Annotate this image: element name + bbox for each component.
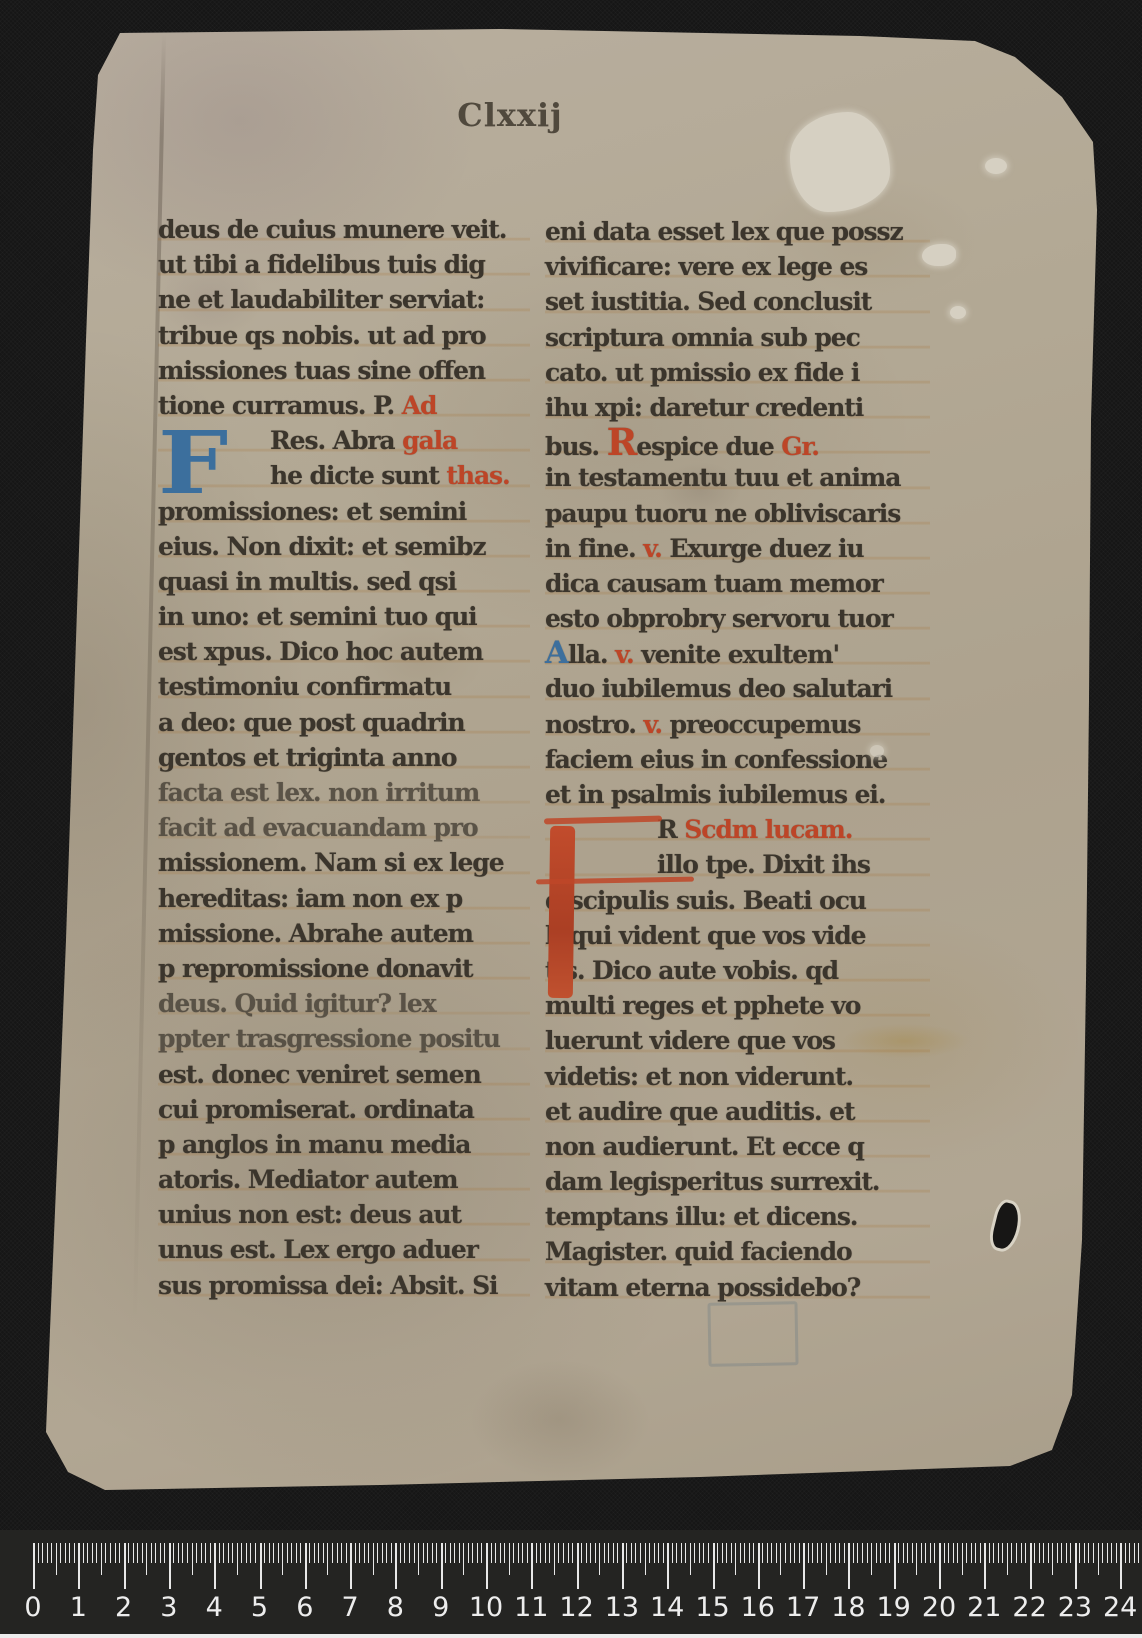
ruler-tick bbox=[78, 1543, 80, 1589]
ruler-tick bbox=[1102, 1543, 1103, 1563]
illuminated-initial-f: F bbox=[158, 424, 228, 504]
ruler-number: 22 bbox=[1012, 1592, 1046, 1623]
text-segment: venite exultem' bbox=[641, 640, 839, 669]
ruler-tick bbox=[898, 1543, 899, 1563]
ruler-tick bbox=[74, 1543, 75, 1563]
ruler-tick bbox=[953, 1543, 954, 1563]
manuscript-line: vivificare: vere ex lege es bbox=[545, 249, 930, 284]
ruler-tick bbox=[337, 1543, 338, 1563]
ruler-tick bbox=[173, 1543, 174, 1563]
ruler-tick bbox=[830, 1543, 831, 1563]
text-segment: unius non est: deus aut bbox=[158, 1200, 461, 1229]
ruler-tick bbox=[264, 1543, 265, 1563]
manuscript-line: videtis: et non viderunt. bbox=[545, 1059, 930, 1094]
ruler-tick bbox=[178, 1543, 179, 1563]
ruler-tick bbox=[703, 1543, 704, 1563]
text-segment: ihu xpi: daretur credenti bbox=[545, 393, 863, 422]
ruler-tick bbox=[119, 1543, 120, 1563]
text-segment: set iustitia. Sed conclusit bbox=[545, 287, 871, 316]
ruler-tick bbox=[808, 1543, 809, 1563]
ruler-tick bbox=[518, 1543, 519, 1563]
ruler-tick bbox=[450, 1543, 451, 1563]
ruler-tick bbox=[608, 1543, 609, 1563]
ruler-tick bbox=[617, 1543, 618, 1563]
manuscript-line: esto obprobry servoru tuor bbox=[545, 601, 930, 636]
text-segment: gentos et triginta anno bbox=[158, 743, 456, 772]
manuscript-line: est xpus. Dico hoc autem bbox=[158, 634, 530, 669]
ruler-number: 23 bbox=[1058, 1592, 1092, 1623]
ruler-tick bbox=[694, 1543, 695, 1563]
ruler-tick bbox=[124, 1543, 126, 1589]
ruler-number: 24 bbox=[1103, 1592, 1137, 1623]
ruler-tick bbox=[540, 1543, 541, 1563]
ruler-tick bbox=[876, 1543, 877, 1563]
ruler-tick bbox=[60, 1543, 61, 1563]
ruler-tick bbox=[83, 1543, 84, 1563]
ruler-tick bbox=[169, 1543, 171, 1589]
ruler-tick bbox=[758, 1543, 760, 1589]
ruler-tick bbox=[962, 1543, 963, 1575]
ruler-tick bbox=[309, 1543, 310, 1563]
ruler-tick bbox=[930, 1543, 931, 1563]
ruler-tick bbox=[658, 1543, 659, 1563]
manuscript-line: testimoniu confirmatu bbox=[158, 669, 530, 704]
ruler-tick bbox=[1120, 1543, 1122, 1589]
ruler-tick bbox=[894, 1543, 896, 1589]
ruler-tick bbox=[980, 1543, 981, 1563]
text-segment: discipulis suis. Beati ocu bbox=[545, 886, 866, 915]
ruler-tick bbox=[545, 1543, 546, 1563]
ruler-tick bbox=[318, 1543, 319, 1563]
ruler-tick bbox=[386, 1543, 387, 1563]
text-segment: quasi in multis. sed qsi bbox=[158, 567, 456, 596]
ruler-tick bbox=[201, 1543, 202, 1563]
ruler-tick bbox=[1084, 1543, 1085, 1563]
text-segment: duo iubilemus deo salutari bbox=[545, 674, 892, 703]
text-segment: missione. Abrahe autem bbox=[158, 919, 473, 948]
ruler-tick bbox=[373, 1543, 374, 1575]
ruler-tick bbox=[595, 1543, 596, 1563]
manuscript-line: gentos et triginta anno bbox=[158, 740, 530, 775]
ruler-tick bbox=[1048, 1543, 1049, 1563]
ruler-tick bbox=[445, 1543, 446, 1563]
text-segment: nostro. bbox=[545, 710, 644, 739]
ruler-tick bbox=[42, 1543, 43, 1563]
ruler-tick bbox=[794, 1543, 795, 1563]
text-segment: in fine. bbox=[545, 534, 643, 563]
text-segment: Magister. quid faciendo bbox=[545, 1237, 852, 1266]
ruler-tick bbox=[364, 1543, 365, 1563]
ruler-tick bbox=[549, 1543, 550, 1563]
text-segment: dica causam tuam memor bbox=[545, 569, 883, 598]
manuscript-line: in uno: et semini tuo qui bbox=[158, 599, 530, 634]
text-segment: scriptura omnia sub pec bbox=[545, 323, 860, 352]
ruler-tick bbox=[151, 1543, 152, 1563]
ruler-tick bbox=[355, 1543, 356, 1563]
ruler-number: 13 bbox=[605, 1592, 639, 1623]
left-text-column: deus de cuius munere veit.ut tibi a fide… bbox=[158, 212, 530, 1303]
ruler-number: 11 bbox=[514, 1592, 548, 1623]
ruler-tick bbox=[187, 1543, 188, 1563]
manuscript-line: nostro. v. preoccupemus bbox=[545, 707, 930, 742]
ruler-tick bbox=[314, 1543, 315, 1563]
ruler-tick bbox=[948, 1543, 949, 1563]
ruler-tick bbox=[323, 1543, 324, 1563]
ruler-tick bbox=[622, 1543, 624, 1589]
ruler-tick bbox=[753, 1543, 754, 1563]
ruler-tick bbox=[160, 1543, 161, 1563]
ruler-tick bbox=[115, 1543, 116, 1563]
ruler-tick bbox=[1052, 1543, 1053, 1575]
ruler-number: 8 bbox=[387, 1592, 404, 1623]
manuscript-line: a deo: que post quadrin bbox=[158, 705, 530, 740]
text-segment: videtis: et non viderunt. bbox=[545, 1062, 853, 1091]
ruler-tick bbox=[436, 1543, 437, 1563]
ruler-tick bbox=[432, 1543, 433, 1563]
ruler-tick bbox=[346, 1543, 347, 1563]
manuscript-line: tribue qs nobis. ut ad pro bbox=[158, 318, 530, 353]
ruler-tick bbox=[359, 1543, 360, 1563]
ruler-tick bbox=[663, 1543, 664, 1563]
manuscript-line: missionem. Nam si ex lege bbox=[158, 845, 530, 880]
text-segment: in testamentu tuu et anima bbox=[545, 463, 900, 492]
manuscript-line: eni data esset lex que possz bbox=[545, 214, 930, 249]
manuscript-line: Magister. quid faciendo bbox=[545, 1234, 930, 1269]
ruler-tick bbox=[468, 1543, 469, 1563]
ruler-tick bbox=[237, 1543, 238, 1575]
ruler-tick bbox=[47, 1543, 48, 1563]
ruler-number: 14 bbox=[650, 1592, 684, 1623]
ruler-tick bbox=[513, 1543, 514, 1563]
ruler-tick bbox=[241, 1543, 242, 1563]
ruler-tick bbox=[713, 1543, 715, 1589]
ruler-number: 1 bbox=[70, 1592, 87, 1623]
ruler-tick bbox=[1061, 1543, 1062, 1563]
ruler-tick bbox=[939, 1543, 941, 1589]
manuscript-line: et in psalmis iubilemus ei. bbox=[545, 777, 930, 812]
text-segment: Exurge duez iu bbox=[669, 534, 863, 563]
ruler-number: 3 bbox=[160, 1592, 177, 1623]
ruler-tick bbox=[291, 1543, 292, 1563]
ruler-tick bbox=[232, 1543, 233, 1563]
ruler-tick bbox=[912, 1543, 913, 1563]
ruler-tick bbox=[1021, 1543, 1022, 1563]
ruler-number: 12 bbox=[559, 1592, 593, 1623]
ruler-tick bbox=[427, 1543, 428, 1563]
ruler-tick bbox=[395, 1543, 397, 1589]
ruler-tick bbox=[957, 1543, 958, 1563]
ruler-tick bbox=[645, 1543, 646, 1575]
manuscript-line: ne et laudabiliter serviat: bbox=[158, 282, 530, 317]
ruler-tick bbox=[509, 1543, 510, 1575]
manuscript-line: tis. Dico aute vobis. qd bbox=[545, 953, 930, 988]
ruler-tick bbox=[586, 1543, 587, 1563]
ruler-tick bbox=[771, 1543, 772, 1563]
text-segment: in uno: et semini tuo qui bbox=[158, 602, 477, 631]
ruler-tick bbox=[871, 1543, 872, 1575]
parchment-hole bbox=[986, 1197, 1026, 1254]
ruler-tick bbox=[844, 1543, 845, 1563]
ruler-tick bbox=[228, 1543, 229, 1563]
ruler-tick bbox=[51, 1543, 52, 1563]
text-segment: non audierunt. Et ecce q bbox=[545, 1132, 864, 1161]
ruler-tick bbox=[776, 1543, 777, 1563]
ruler-tick bbox=[1134, 1543, 1135, 1563]
ruler-tick bbox=[300, 1543, 301, 1563]
ruler-tick bbox=[101, 1543, 102, 1575]
manuscript-line: ut tibi a fidelibus tuis dig bbox=[158, 247, 530, 282]
ruler-tick bbox=[835, 1543, 836, 1563]
manuscript-line: scriptura omnia sub pec bbox=[545, 320, 930, 355]
illuminated-initial-i bbox=[548, 826, 575, 998]
ruler-tick bbox=[273, 1543, 274, 1563]
ruler-tick bbox=[599, 1543, 600, 1575]
ruler-tick bbox=[681, 1543, 682, 1563]
text-segment: multi reges et pphete vo bbox=[545, 991, 860, 1020]
text-segment: R bbox=[607, 420, 637, 464]
ruler-tick bbox=[1138, 1543, 1139, 1563]
text-segment: et in psalmis iubilemus ei. bbox=[545, 780, 885, 809]
ruler-tick bbox=[282, 1543, 283, 1575]
ruler-tick bbox=[400, 1543, 401, 1563]
ruler-tick bbox=[1043, 1543, 1044, 1563]
ruler-tick bbox=[1111, 1543, 1112, 1563]
ruler-tick bbox=[984, 1543, 986, 1589]
manuscript-line: ppter trasgressione positu bbox=[158, 1021, 530, 1056]
ruler-number: 6 bbox=[296, 1592, 313, 1623]
text-segment: Gr. bbox=[781, 432, 819, 461]
ruler-tick bbox=[250, 1543, 251, 1563]
ruler-tick bbox=[631, 1543, 632, 1563]
ruler-tick bbox=[146, 1543, 147, 1575]
ruler-tick bbox=[635, 1543, 636, 1563]
ruler-tick bbox=[287, 1543, 288, 1563]
ruler-tick bbox=[196, 1543, 197, 1563]
text-segment: thas. bbox=[446, 461, 509, 490]
ruler-tick bbox=[966, 1543, 967, 1563]
ruler-tick bbox=[903, 1543, 904, 1563]
ruler-tick bbox=[142, 1543, 143, 1563]
manuscript-line: atoris. Mediator autem bbox=[158, 1162, 530, 1197]
ruler-tick bbox=[749, 1543, 750, 1563]
ruler-tick bbox=[568, 1543, 569, 1563]
manuscript-line: facta est lex. non irritum bbox=[158, 775, 530, 810]
ruler-tick bbox=[799, 1543, 800, 1563]
measurement-ruler: 0123456789101112131415161718192021222324 bbox=[0, 1530, 1142, 1638]
ruler-tick bbox=[481, 1543, 482, 1563]
ruler-tick bbox=[975, 1543, 976, 1563]
ruler-tick bbox=[223, 1543, 224, 1563]
manuscript-line: discipulis suis. Beati ocu bbox=[545, 883, 930, 918]
ruler-tick bbox=[857, 1543, 858, 1563]
ruler-tick bbox=[907, 1543, 908, 1563]
ruler-tick bbox=[1129, 1543, 1130, 1563]
manuscript-line: p anglos in manu media bbox=[158, 1127, 530, 1162]
ruler-tick bbox=[255, 1543, 256, 1563]
ruler-tick bbox=[817, 1543, 818, 1563]
manuscript-line: p repromissione donavit bbox=[158, 951, 530, 986]
ruler-tick bbox=[1039, 1543, 1040, 1563]
text-segment: esto obprobry servoru tuor bbox=[545, 604, 893, 633]
ruler-tick bbox=[377, 1543, 378, 1563]
ruler-tick bbox=[998, 1543, 999, 1563]
ruler-tick bbox=[1066, 1543, 1067, 1563]
text-segment: deus de cuius munere veit. bbox=[158, 215, 506, 244]
ruler-tick bbox=[626, 1543, 627, 1563]
ruler-tick bbox=[1070, 1543, 1071, 1563]
ruler-tick bbox=[726, 1543, 727, 1563]
text-segment: sus promissa dei: Absit. Si bbox=[158, 1271, 497, 1300]
ruler-tick bbox=[590, 1543, 591, 1563]
text-segment: tribue qs nobis. ut ad pro bbox=[158, 321, 486, 350]
manuscript-line: facit ad evacuandam pro bbox=[158, 810, 530, 845]
ruler-tick bbox=[382, 1543, 383, 1563]
manuscript-line: deus de cuius munere veit. bbox=[158, 212, 530, 247]
ruler-tick bbox=[1075, 1543, 1077, 1589]
ruler-tick bbox=[33, 1543, 35, 1589]
manuscript-line: in testamentu tuu et anima bbox=[545, 460, 930, 495]
text-segment: luerunt videre que vos bbox=[545, 1026, 835, 1055]
manuscript-line: est. donec veniret semen bbox=[158, 1057, 530, 1092]
ruler-tick bbox=[1016, 1543, 1017, 1563]
ruler-tick bbox=[278, 1543, 279, 1563]
manuscript-line: quasi in multis. sed qsi bbox=[158, 564, 530, 599]
ruler-tick bbox=[404, 1543, 405, 1563]
ruler-tick bbox=[38, 1543, 39, 1563]
ruler-tick bbox=[685, 1543, 686, 1563]
ruler-tick bbox=[722, 1543, 723, 1563]
manuscript-line: paupu tuoru ne obliviscaris bbox=[545, 496, 930, 531]
ruler-tick bbox=[210, 1543, 211, 1563]
ruler-tick bbox=[785, 1543, 786, 1563]
text-segment: testimoniu confirmatu bbox=[158, 672, 451, 701]
manuscript-line: unus est. Lex ergo aduer bbox=[158, 1232, 530, 1267]
text-segment: faciem eius in confessione bbox=[545, 745, 887, 774]
ruler-tick bbox=[1116, 1543, 1117, 1563]
ruler-tick bbox=[1088, 1543, 1089, 1563]
ruler-tick bbox=[368, 1543, 369, 1563]
manuscript-line: multi reges et pphete vo bbox=[545, 988, 930, 1023]
ruler-tick bbox=[418, 1543, 419, 1575]
ruler-tick bbox=[880, 1543, 881, 1563]
ruler-tick bbox=[853, 1543, 854, 1563]
paint-loss-patch bbox=[790, 112, 890, 212]
ruler-tick bbox=[459, 1543, 460, 1563]
ruler-tick bbox=[1025, 1543, 1026, 1563]
ruler-tick bbox=[495, 1543, 496, 1563]
ruler-tick bbox=[133, 1543, 134, 1563]
text-segment: vitam eterna possidebo? bbox=[545, 1273, 860, 1302]
ruler-tick bbox=[536, 1543, 537, 1563]
ruler-tick bbox=[667, 1543, 669, 1589]
ruler-number: 7 bbox=[342, 1592, 359, 1623]
manuscript-line: li qui vident que vos vide bbox=[545, 918, 930, 953]
ruler-tick bbox=[944, 1543, 945, 1563]
ruler-tick bbox=[69, 1543, 70, 1563]
text-segment: illo tpe. Dixit ihs bbox=[657, 850, 870, 879]
ruler-tick bbox=[699, 1543, 700, 1563]
manuscript-line: Alla. v. venite exultem' bbox=[545, 636, 930, 671]
text-segment: dam legisperitus surrexit. bbox=[545, 1167, 879, 1196]
ruler-number: 0 bbox=[24, 1592, 41, 1623]
ruler-tick bbox=[790, 1543, 791, 1563]
ruler-tick bbox=[500, 1543, 501, 1563]
ruler-tick bbox=[137, 1543, 138, 1563]
ruler-tick bbox=[925, 1543, 926, 1563]
ruler-tick bbox=[889, 1543, 890, 1563]
ruler-numbers: 0123456789101112131415161718192021222324 bbox=[0, 1592, 1142, 1632]
ruler-tick bbox=[577, 1543, 579, 1589]
ruler-tick bbox=[649, 1543, 650, 1563]
text-segment: ne et laudabiliter serviat: bbox=[158, 285, 484, 314]
text-segment: ppter trasgressione positu bbox=[158, 1024, 500, 1053]
text-segment: lla. bbox=[568, 640, 615, 669]
ruler-number: 10 bbox=[469, 1592, 503, 1623]
manuscript-line: vitam eterna possidebo? bbox=[545, 1270, 930, 1305]
ruler-tick bbox=[214, 1543, 216, 1589]
manuscript-line: dam legisperitus surrexit. bbox=[545, 1164, 930, 1199]
ruler-tick bbox=[821, 1543, 822, 1563]
text-segment: eni data esset lex que possz bbox=[545, 217, 903, 246]
ruler-tick bbox=[269, 1543, 270, 1563]
ruler-tick bbox=[676, 1543, 677, 1563]
ruler-tick bbox=[463, 1543, 464, 1575]
manuscript-line: ihu xpi: daretur credenti bbox=[545, 390, 930, 425]
ruler-number: 21 bbox=[967, 1592, 1001, 1623]
ruler-tick bbox=[219, 1543, 220, 1563]
ruler-tick bbox=[414, 1543, 415, 1563]
ruler-tick bbox=[87, 1543, 88, 1563]
text-segment: eius. Non dixit: et semibz bbox=[158, 532, 486, 561]
ruler-number: 20 bbox=[922, 1592, 956, 1623]
ruler-number: 19 bbox=[877, 1592, 911, 1623]
manuscript-line: missiones tuas sine offen bbox=[158, 353, 530, 388]
ruler-tick bbox=[640, 1543, 641, 1563]
ruler-tick bbox=[486, 1543, 488, 1589]
ruler-tick bbox=[971, 1543, 972, 1563]
text-segment: atoris. Mediator autem bbox=[158, 1165, 458, 1194]
ruler-tick bbox=[708, 1543, 709, 1563]
ruler-number: 18 bbox=[831, 1592, 865, 1623]
ruler-tick bbox=[1007, 1543, 1008, 1575]
ruler-tick bbox=[472, 1543, 473, 1563]
text-segment: gala bbox=[402, 426, 457, 455]
ruler-tick bbox=[572, 1543, 573, 1563]
manuscript-line: temptans illu: et dicens. bbox=[545, 1199, 930, 1234]
text-segment: cui promiserat. ordinata bbox=[158, 1095, 474, 1124]
manuscript-line: deus. Quid igitur? lex bbox=[158, 986, 530, 1021]
ruler-tick bbox=[1079, 1543, 1080, 1563]
ruler-tick bbox=[731, 1543, 732, 1563]
manuscript-line: et audire que auditis. et bbox=[545, 1094, 930, 1129]
paint-loss-patch-small bbox=[950, 306, 966, 319]
manuscript-line: faciem eius in confessione bbox=[545, 742, 930, 777]
ruler-tick bbox=[246, 1543, 247, 1563]
text-segment: v. bbox=[615, 640, 641, 669]
text-segment: ut tibi a fidelibus tuis dig bbox=[158, 250, 485, 279]
ruler-tick bbox=[491, 1543, 492, 1563]
ruler-tick bbox=[1002, 1543, 1003, 1563]
text-segment: deus. Quid igitur? lex bbox=[158, 989, 436, 1018]
ruler-tick bbox=[803, 1543, 805, 1589]
ruler-tick bbox=[332, 1543, 333, 1563]
ruler-tick bbox=[993, 1543, 994, 1563]
manuscript-line: unius non est: deus aut bbox=[158, 1197, 530, 1232]
text-segment: facta est lex. non irritum bbox=[158, 778, 479, 807]
text-segment: hereditas: iam non ex p bbox=[158, 884, 462, 913]
ruler-tick bbox=[164, 1543, 165, 1563]
ruler-tick bbox=[1034, 1543, 1035, 1563]
